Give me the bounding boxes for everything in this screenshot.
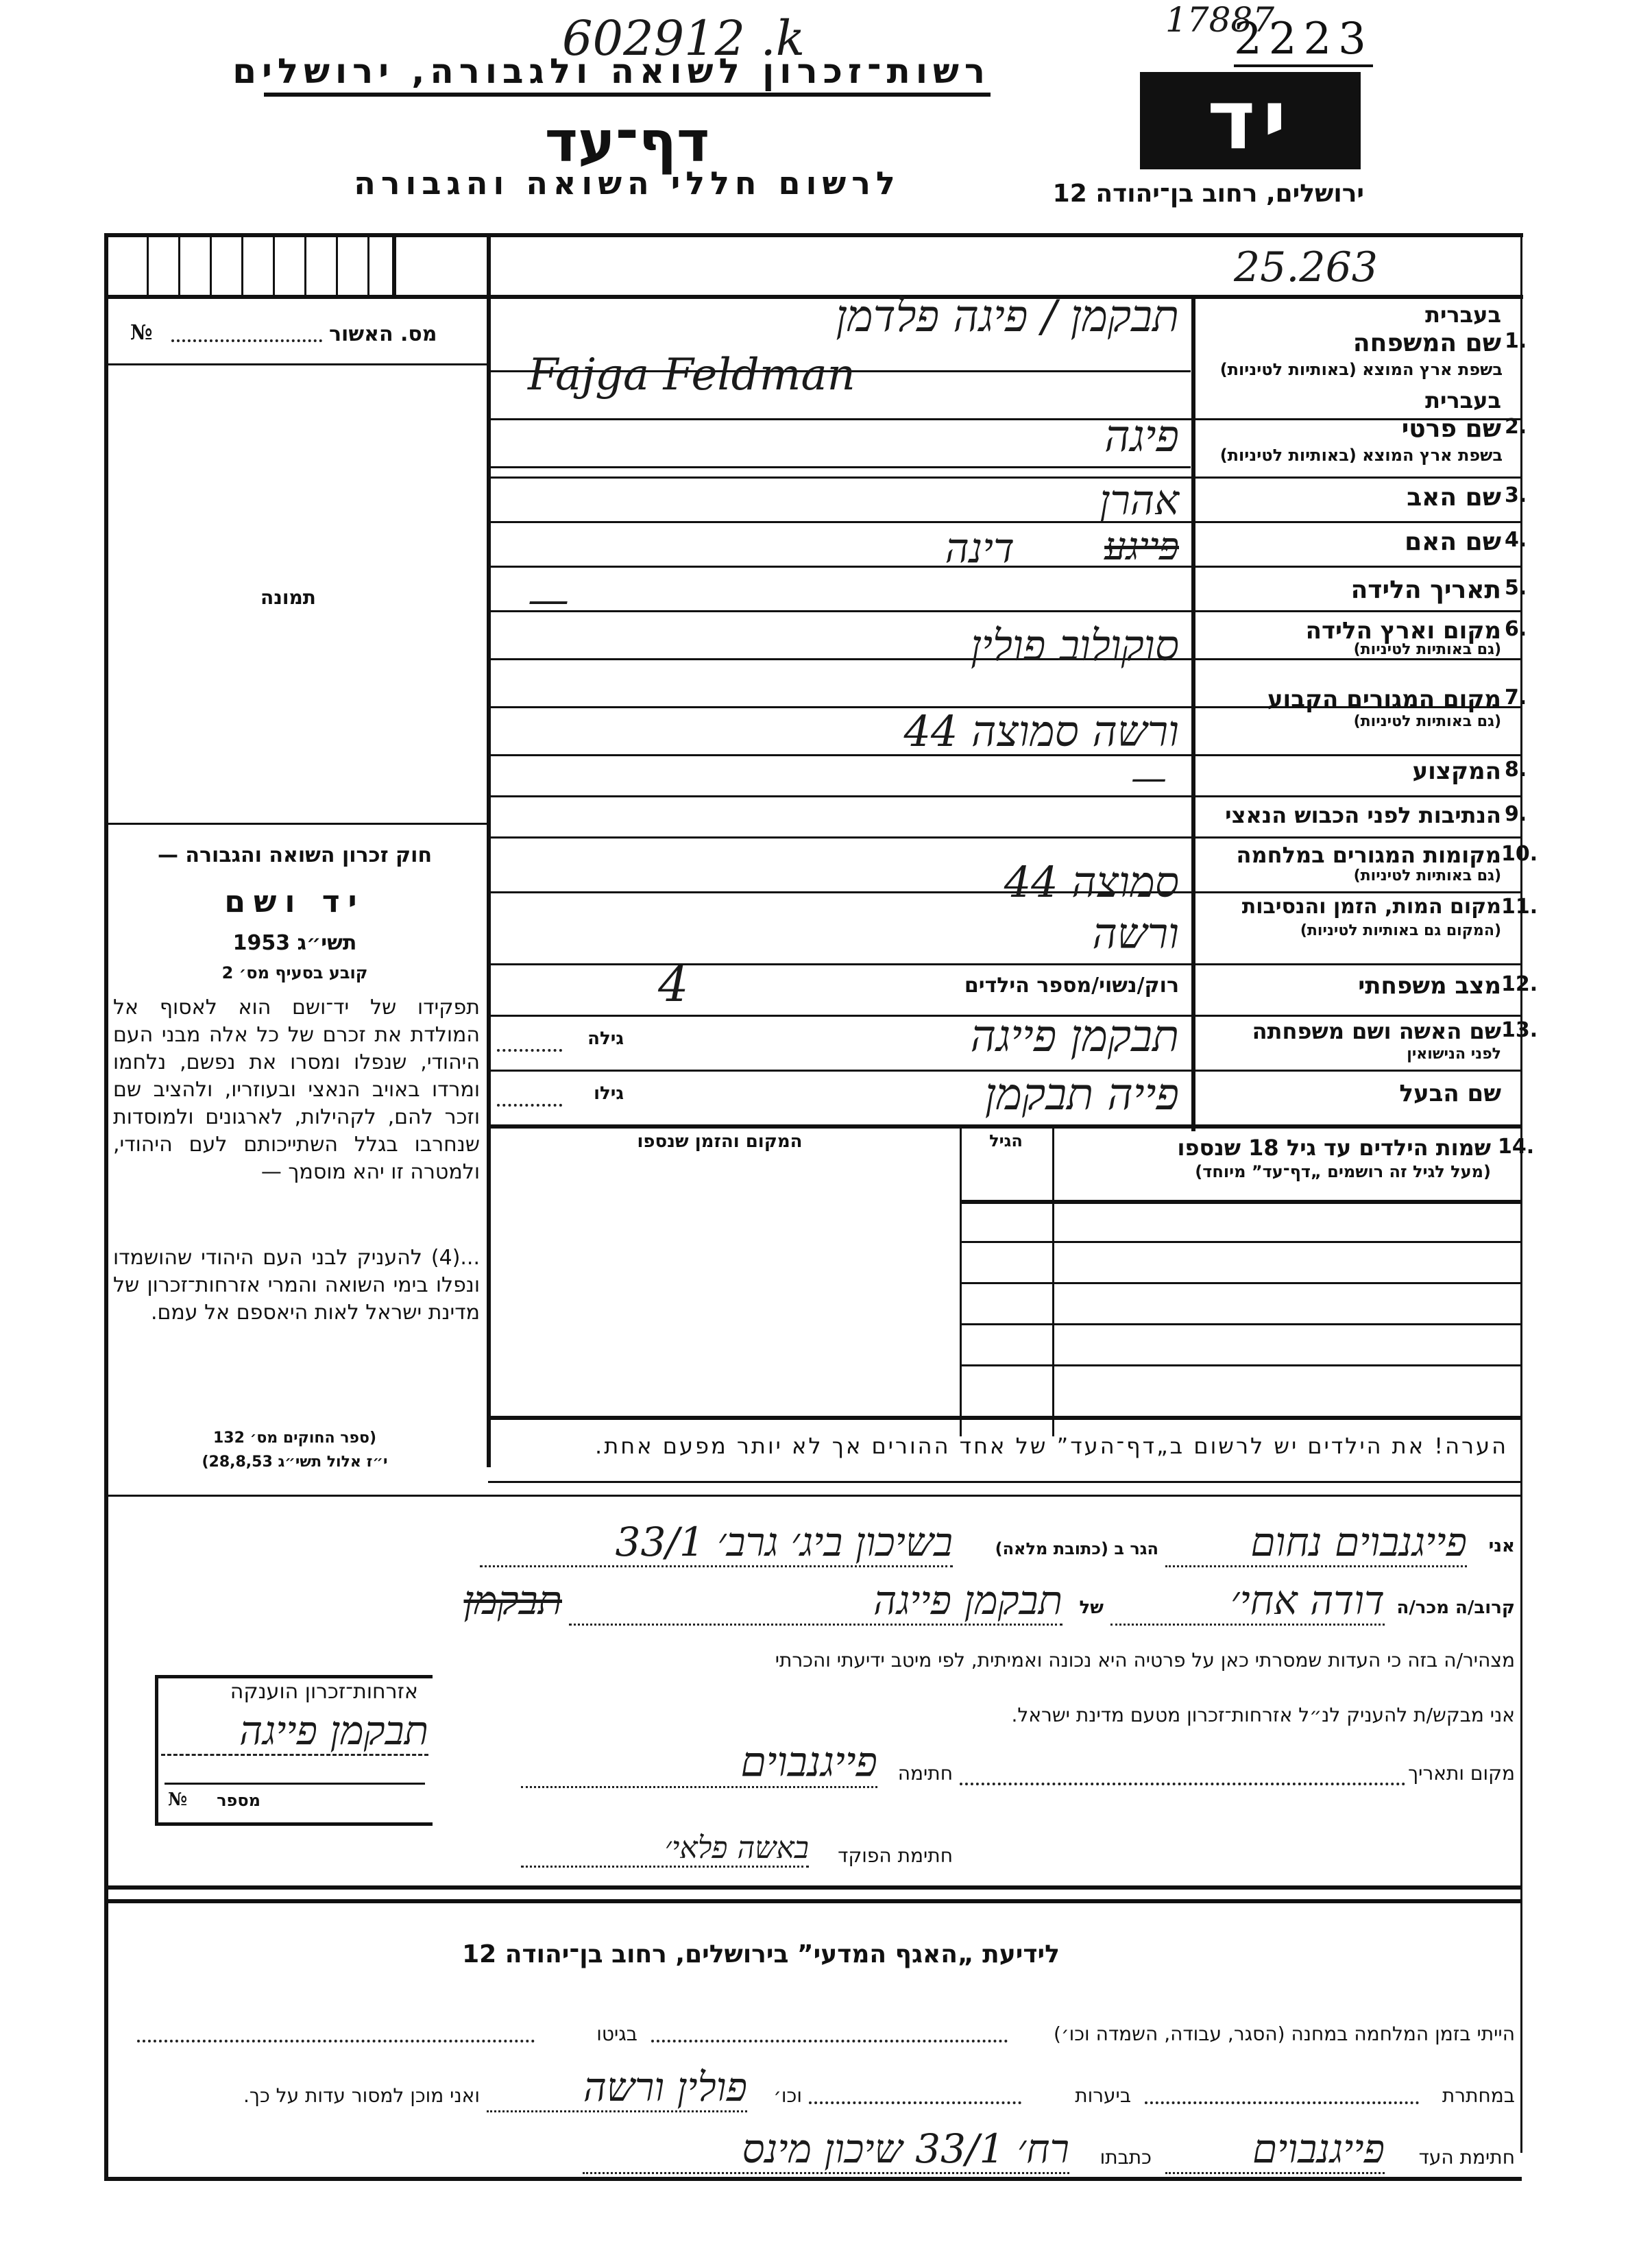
field-11-sublabel: (המקום גם באותיות לטיניות) xyxy=(1200,922,1501,939)
header-rule xyxy=(264,93,991,97)
checkbox-divider xyxy=(178,233,180,295)
field-1-number: 1. xyxy=(1505,329,1527,353)
citizenship-box-title: אזרחות־זכרון הוענקה xyxy=(165,1680,418,1704)
field-7-label: מקום המגורים הקבוע xyxy=(1200,686,1501,713)
field-13-number: 13. xyxy=(1501,1018,1538,1042)
field-13-sublabel: לפני הנישואין xyxy=(1200,1046,1501,1063)
checkbox-divider xyxy=(147,233,149,295)
field-3-label: שם האב xyxy=(1200,483,1501,511)
approval-number-field[interactable] xyxy=(171,339,322,342)
form-bottom-border xyxy=(104,2177,1522,2181)
field-4-label: שם האם xyxy=(1200,528,1501,556)
law-section: קובע בסעיף מס׳ 2 xyxy=(117,963,473,982)
field-11-label: מקום המות, הזמן והנסיבות xyxy=(1200,895,1501,919)
form-left-border xyxy=(104,233,108,1495)
checkbox-divider xyxy=(210,233,212,295)
field-10-sublabel: (גם באותיות לטיניות) xyxy=(1200,867,1501,884)
address-label: הגר ב (כתובת מלאה) xyxy=(960,1539,1158,1558)
field-12-children-count[interactable]: 4 xyxy=(658,956,689,1013)
witness-address[interactable]: רח׳ 33/1 שיכון מינס xyxy=(583,2125,1069,2174)
form-subtitle: לרשום חללי השואה והגבורה xyxy=(264,165,991,202)
field-6-number: 6. xyxy=(1505,617,1527,641)
field-7-number: 7. xyxy=(1505,686,1527,710)
rule-line xyxy=(104,1495,1522,1497)
rule-line xyxy=(104,1899,1522,1903)
field-2-sublabel: בשפת ארץ המוצא (באותיות לטיניות) xyxy=(1194,446,1503,465)
field-2-value[interactable]: פיגה xyxy=(521,411,1179,462)
yad-vashem-logo: יד ושם xyxy=(1140,72,1361,169)
checkbox-divider xyxy=(241,233,243,295)
field-10-value[interactable]: סמוצה 44 xyxy=(521,857,1179,908)
checkbox-divider xyxy=(273,233,275,295)
field-8-number: 8. xyxy=(1505,758,1527,782)
field-2-number: 2. xyxy=(1505,415,1527,439)
checkbox-divider xyxy=(336,233,338,295)
rule-line xyxy=(488,610,1522,612)
subject-name-struck: תבקמן xyxy=(356,1577,562,1624)
citizenship-number-label: מספר xyxy=(206,1791,260,1810)
rule-line xyxy=(488,1481,1522,1483)
citizenship-request: אני מבקש/ת להעניק לנ״ל אזרחות־זכרון מטעם… xyxy=(480,1704,1515,1726)
field-5-value[interactable]: — xyxy=(528,576,569,624)
forests-label: ביערות xyxy=(1035,2084,1131,2107)
form-top-border xyxy=(104,233,1523,237)
photo-rule xyxy=(104,823,488,825)
rule-line xyxy=(960,1200,1522,1204)
photo-label[interactable]: תמונה xyxy=(260,586,316,609)
children-header-number: 14. xyxy=(1498,1135,1534,1159)
field-6-sublabel: (גם באותיות לטיניות) xyxy=(1200,641,1501,658)
location-value[interactable]: פולין ורשה xyxy=(487,2064,747,2112)
field-11-value[interactable]: ורשה xyxy=(521,908,1179,959)
field-8-value[interactable]: — xyxy=(1131,758,1167,799)
place-date-label: מקום ותאריך xyxy=(1412,1762,1515,1785)
address: ירושלים, רחוב בן־יהודה 12 xyxy=(1138,180,1364,208)
field-3-number: 3. xyxy=(1505,483,1527,507)
field-10-label: מקומות המגורים במלחמה xyxy=(1200,842,1501,868)
record-number: 25.263 xyxy=(1234,243,1378,291)
field-5-number: 5. xyxy=(1505,576,1527,600)
signature-label: חתימה xyxy=(884,1762,953,1785)
field-6-label: מקום וארץ הלידה xyxy=(1200,617,1501,644)
children-header-place: המקום והזמן שנספו xyxy=(494,1131,946,1152)
wife-age-field[interactable] xyxy=(497,1049,562,1052)
declarant-address[interactable]: בשיכון ביג׳ גרב׳ 33/1 xyxy=(480,1519,953,1567)
citizenship-number-sign: № xyxy=(168,1789,187,1810)
declaration-statement: מצהיר/ה בזה כי העדות שמסרתי כאן על פרטיה… xyxy=(480,1649,1515,1672)
field-9-label: הנתיבות לפני הכבוש הנאצי xyxy=(1200,802,1501,828)
field-4-value[interactable]: דינה xyxy=(521,524,1015,572)
ghetto-label: בגיטו xyxy=(555,2023,637,2045)
field-13-label: שם האשה ושם משפחתה xyxy=(1200,1018,1501,1044)
subject-name[interactable]: תבקמן פייגה xyxy=(569,1577,1062,1626)
field-2-label: שם פרטי xyxy=(1200,415,1501,443)
rule-line xyxy=(488,963,1522,965)
law-name: יד ושם xyxy=(117,884,473,919)
children-row[interactable] xyxy=(960,1364,1522,1366)
field-11-number: 11. xyxy=(1501,895,1538,919)
forests-field[interactable] xyxy=(809,2101,1021,2104)
husband-age-field[interactable] xyxy=(497,1104,562,1107)
field-4-struck-value: פייגע xyxy=(1028,524,1179,569)
etc-label: וכו׳ xyxy=(754,2084,802,2107)
field-8-label: המקצוע xyxy=(1200,758,1501,785)
law-paragraph-1: תפקידו של יד־ושם הוא לאסוף אל המולדת את … xyxy=(113,994,480,1186)
field-7-sublabel: (גם באותיות לטיניות) xyxy=(1200,713,1501,730)
field-12-label: מצב משפחתי xyxy=(1200,972,1501,1000)
field-5-label: תאריך הלידה xyxy=(1200,576,1501,604)
field-6-value[interactable]: סוקולוב פולין xyxy=(521,620,1179,671)
field-10-number: 10. xyxy=(1501,842,1538,866)
law-year: תשי״ג 1953 xyxy=(117,931,473,955)
field-12-marital-options[interactable]: רוק/נשוי/מספר הילדים xyxy=(754,974,1179,998)
underground-label: במחתרת xyxy=(1426,2084,1515,2107)
rule-line xyxy=(165,1783,425,1785)
checkbox-divider xyxy=(304,233,306,295)
children-row[interactable] xyxy=(960,1323,1522,1325)
law-paragraph-2: ...(4) להעניק לבני העם היהודי שהושמדו ונ… xyxy=(113,1244,480,1327)
field-1-value[interactable]: תבקמן / פיגה פלדמן xyxy=(521,291,1179,342)
relation-label: קרוב/ה מכר/ה xyxy=(1398,1597,1515,1618)
approval-rule xyxy=(104,363,488,365)
witness-address-label: כתבתו xyxy=(1076,2146,1152,2169)
number-sign: № xyxy=(130,321,153,345)
footer-line-2-end: ואני מוכן למסור עדות על כך. xyxy=(158,2084,480,2107)
rule-line xyxy=(488,1416,1522,1420)
field-1-hebrew-tag: בעברית xyxy=(1200,302,1501,328)
children-header-sub: (מעל לגיל זה רושמים „דף־עד” מיוחד) xyxy=(1059,1162,1491,1181)
officer-signature[interactable]: באשה פלאי׳ xyxy=(521,1831,809,1868)
corner-stamp-number: 2223 xyxy=(1234,14,1373,67)
rule-line xyxy=(104,1885,1522,1890)
witness-signature[interactable]: פייגנבוים xyxy=(1165,2125,1385,2174)
wife-age-label: גילה xyxy=(569,1028,624,1049)
husband-label: שם הבעל xyxy=(1200,1080,1501,1107)
law-citation-1: (ספר החוקים מס׳ 132 xyxy=(117,1430,473,1447)
field-2-hebrew-tag: בעברית xyxy=(1200,387,1501,413)
label-column-divider xyxy=(1191,295,1195,1131)
field-12-number: 12. xyxy=(1501,972,1538,996)
footer-line-1: הייתי בזמן המלחמה במחנה (הסגר, עבודה, הש… xyxy=(1021,2023,1515,2045)
declarant-signature[interactable]: פייגנבוים xyxy=(521,1738,877,1788)
registration-note: הערה! את הילדים יש לרשום ב„דף־העד” של אח… xyxy=(507,1433,1508,1459)
field-3-value[interactable]: אהרן xyxy=(521,477,1179,524)
rule-line xyxy=(488,795,1522,797)
field-1-value-latin[interactable]: Fajga Feldman xyxy=(528,350,855,400)
checkbox-divider xyxy=(392,233,396,295)
husband-age-label: גילו xyxy=(569,1083,624,1104)
officer-signature-label: חתימת הפוקד xyxy=(816,1844,953,1867)
place-date-field[interactable] xyxy=(960,1783,1405,1785)
rule-line xyxy=(488,836,1522,839)
camp-field[interactable] xyxy=(651,2040,1008,2042)
law-title: חוק זכרון השואה והגבורה — xyxy=(117,843,473,867)
children-header-name: שמות הילדים עד גיל 18 שנספו xyxy=(1059,1135,1491,1161)
law-citation-2: י״ז אלול תשי״ג 28,8,53) xyxy=(117,1454,473,1471)
children-row[interactable] xyxy=(960,1241,1522,1243)
field-1-label: שם המשפחה xyxy=(1200,329,1501,357)
rule-line xyxy=(488,466,1191,468)
footer-title: לידיעת „האגף המדעי” בירושלים, רחוב בן־יה… xyxy=(384,1940,1138,1968)
husband-value[interactable]: פייה תבקמן xyxy=(631,1070,1179,1120)
declaration-prefix: אני xyxy=(1481,1536,1515,1556)
field-13-value[interactable]: תבקמן פייגה xyxy=(631,1011,1179,1062)
field-4-number: 4. xyxy=(1505,528,1527,552)
witness-signature-label: חתימת העד xyxy=(1392,2146,1515,2169)
ghetto-field[interactable] xyxy=(137,2040,535,2042)
declarant-name[interactable]: פייגנבוים נחום xyxy=(1165,1519,1467,1567)
children-header-age: הגיל xyxy=(967,1131,1045,1150)
form-left-border-lower xyxy=(104,1495,108,2180)
approval-label: מס. האשור xyxy=(329,322,437,346)
of-label: של xyxy=(1069,1597,1104,1618)
relation-value[interactable]: דודה אחי׳ xyxy=(1110,1577,1385,1626)
authority-title: רשות־זכרון לשואה ולגבורה, ירושלים xyxy=(264,51,991,91)
underground-field[interactable] xyxy=(1145,2101,1419,2104)
checkbox-divider xyxy=(367,233,369,295)
children-row[interactable] xyxy=(960,1282,1522,1284)
rule-line xyxy=(488,1124,1522,1129)
field-1-sublabel: בשפת ארץ המוצא (באותיות לטיניות) xyxy=(1194,360,1503,379)
field-7-value[interactable]: ורשה סמוצה 44 xyxy=(521,706,1179,757)
citizenship-box-value[interactable]: תבקמן פייגה xyxy=(161,1707,428,1756)
field-9-number: 9. xyxy=(1505,802,1527,826)
